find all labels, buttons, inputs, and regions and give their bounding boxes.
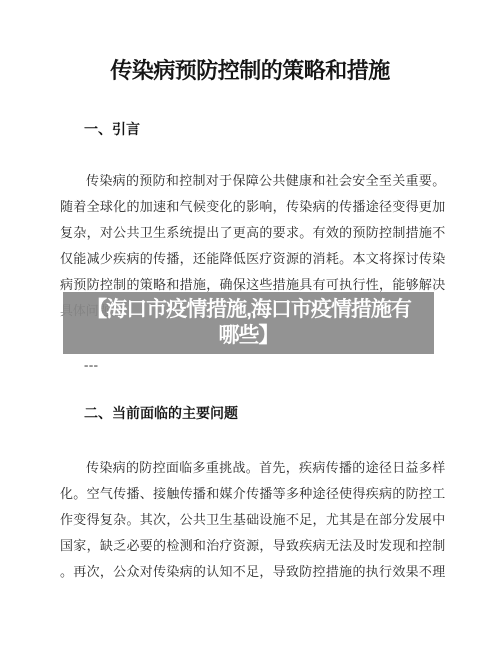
separator-dashes: --- <box>84 352 99 378</box>
paragraph-line: 传染病的防控面临多重挑战。首先，疾病传播的途径日益多样 <box>60 455 445 481</box>
page-title: 传染病预防控制的策略和措施 <box>0 54 500 85</box>
paragraph-line: 复杂，对公共卫生系统提出了更高的要求。有效的预防控制措施不 <box>60 220 445 246</box>
paragraph-line: 作变得复杂。其次，公共卫生基础设施不足，尤其是在部分发展中 <box>60 507 445 533</box>
section-heading-introduction: 一、引言 <box>84 119 140 139</box>
paragraph-line: 仅能减少疾病的传播，还能降低医疗资源的消耗。本文将探讨传染 <box>60 246 445 272</box>
paragraph-line: 传染病的预防和控制对于保障公共健康和社会安全至关重要。 <box>60 168 445 194</box>
overlay-text-line-2: 哪些】 <box>219 323 279 349</box>
paragraph-line: 化。空气传播、接触传播和媒介传播等多种途径使得疾病的防控工 <box>60 481 445 507</box>
watermark-ad-overlay: 【海口市疫情措施,海口市疫情措施有 哪些】 <box>63 292 434 354</box>
paragraph-line: 。再次，公众对传染病的认知不足，导致防控措施的执行效果不理 <box>60 559 445 585</box>
paragraph-line: 随着全球化的加速和气候变化的影响，传染病的传播途径变得更加 <box>60 194 445 220</box>
paragraph-line: 国家，缺乏必要的检测和治疗资源，导致疾病无法及时发现和控制 <box>60 533 445 559</box>
overlay-text-line-1: 【海口市疫情措施,海口市疫情措施有 <box>86 297 411 323</box>
section-heading-main-problems: 二、当前面临的主要问题 <box>84 403 238 423</box>
paragraph-main-problems: 传染病的防控面临多重挑战。首先，疾病传播的途径日益多样 化。空气传播、接触传播和… <box>60 455 445 585</box>
document-page: 传染病预防控制的策略和措施 一、引言 传染病的预防和控制对于保障公共健康和社会安… <box>0 0 500 647</box>
